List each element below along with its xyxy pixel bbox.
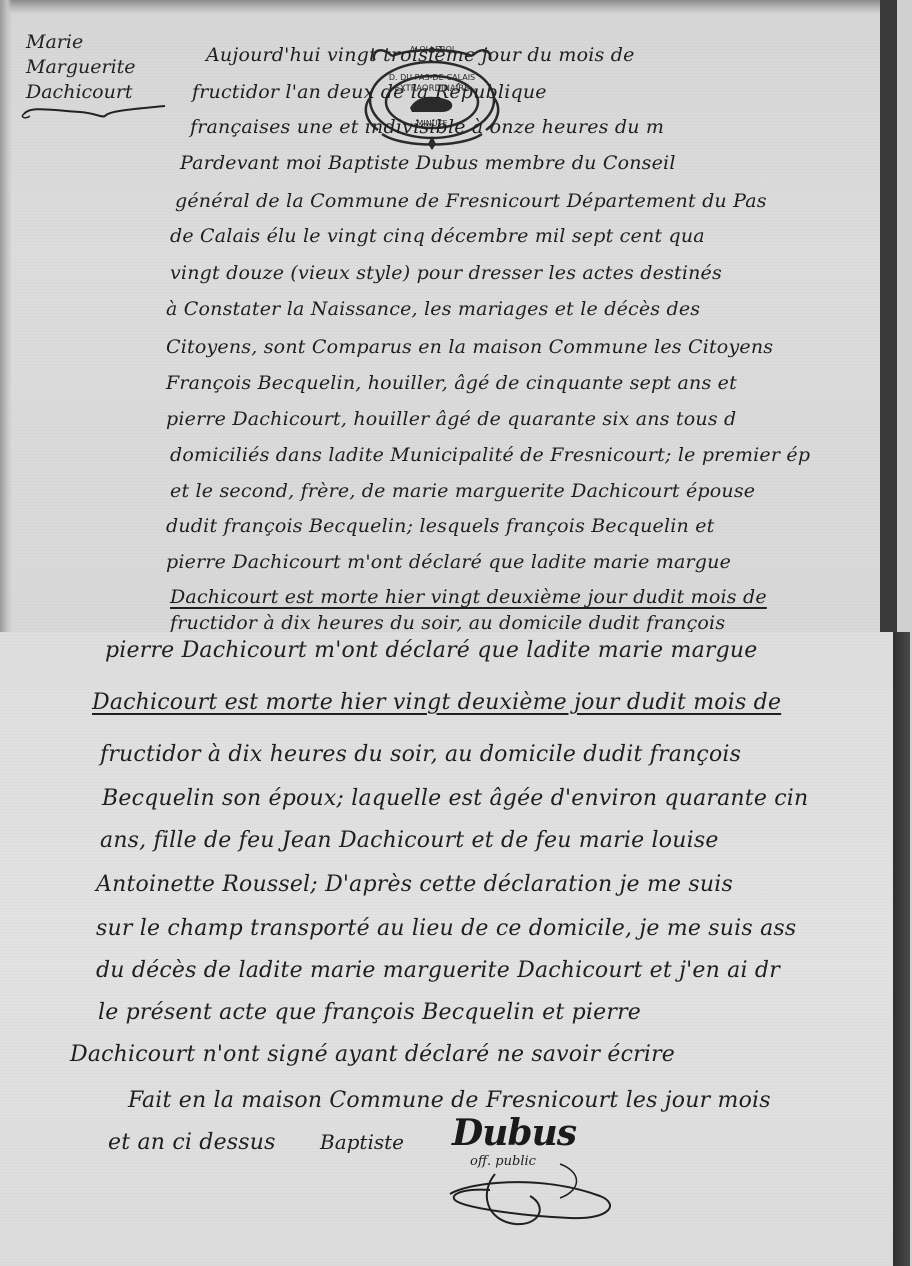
margin-note-line: Marguerite [26, 55, 176, 80]
text-line: fructidor l'an deux de la République [192, 81, 547, 103]
text-line: Dachicourt est morte hier vingt deuxième… [92, 690, 781, 715]
binding-bar [893, 632, 910, 1266]
text-line: et le second, frère, de marie marguerite… [170, 480, 755, 502]
text-line: Dachicourt est morte hier vingt deuxième… [170, 586, 767, 608]
text-line: domiciliés dans ladite Municipalité de F… [170, 444, 810, 466]
text-line: Pardevant moi Baptiste Dubus membre du C… [180, 152, 676, 174]
signature-block: Baptiste Dubus off. public [320, 1112, 630, 1232]
page-top-shadow [0, 0, 912, 14]
text-line: Citoyens, sont Comparus en la maison Com… [166, 336, 773, 358]
text-line: de Calais élu le vingt cinq décembre mil… [170, 225, 705, 247]
text-line: Becquelin son époux; laquelle est âgée d… [102, 786, 808, 811]
text-line: pierre Dachicourt m'ont déclaré que ladi… [166, 551, 731, 573]
scan-page-top: Marie Marguerite Dachicourt ALOI.LEROI D… [0, 0, 912, 632]
margin-flourish-icon [20, 104, 170, 120]
text-line: François Becquelin, houiller, âgé de cin… [166, 372, 737, 394]
text-line: le présent acte que françois Becquelin e… [98, 1000, 641, 1025]
text-line: du décès de ladite marie marguerite Dach… [96, 958, 780, 983]
text-line: fructidor à dix heures du soir, au domic… [170, 612, 725, 632]
text-line: pierre Dachicourt, houiller âgé de quara… [166, 408, 736, 430]
signature-flourish-icon [320, 1112, 630, 1232]
text-line: Aujourd'hui vingt troisième jour du mois… [206, 44, 635, 66]
page-right-edge [897, 0, 912, 632]
binding-bar [880, 0, 897, 632]
text-line: et an ci dessus [108, 1130, 276, 1155]
text-line: sur le champ transporté au lieu de ce do… [96, 916, 796, 941]
text-line: à Constater la Naissance, les mariages e… [166, 298, 700, 320]
text-line: vingt douze (vieux style) pour dresser l… [170, 262, 722, 284]
text-line: françaises une et indivisible à onze heu… [190, 116, 664, 138]
text-line: ans, fille de feu Jean Dachicourt et de … [100, 828, 719, 853]
text-line: Fait en la maison Commune de Fresnicourt… [128, 1088, 771, 1113]
text-line: fructidor à dix heures du soir, au domic… [100, 742, 741, 767]
text-line: dudit françois Becquelin; lesquels franç… [166, 515, 714, 537]
text-line: pierre Dachicourt m'ont déclaré que ladi… [105, 638, 758, 663]
text-line: général de la Commune de Fresnicourt Dép… [175, 190, 767, 212]
text-line: Antoinette Roussel; D'après cette déclar… [96, 872, 733, 897]
margin-note-line: Dachicourt [26, 80, 176, 105]
text-line: Dachicourt n'ont signé ayant déclaré ne … [70, 1042, 675, 1067]
margin-note-line: Marie [26, 30, 176, 55]
margin-note: Marie Marguerite Dachicourt [26, 30, 176, 105]
page-left-edge [0, 0, 12, 632]
scan-page-bottom: pierre Dachicourt m'ont déclaré que ladi… [0, 632, 912, 1266]
